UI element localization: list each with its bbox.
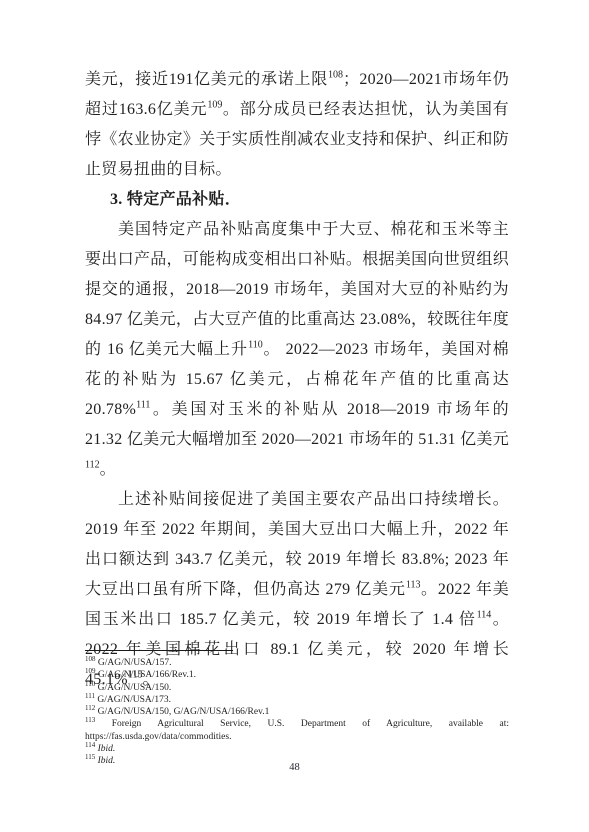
footnote-ref-108: 108 <box>328 70 343 81</box>
footnote-111: 111 G/AG/N/USA/173. <box>85 694 509 706</box>
footnote-ref-113: 113 <box>406 580 421 591</box>
footnote-separator <box>85 650 233 651</box>
footnote-text: G/AG/N/USA/150. <box>98 683 172 693</box>
text-run: 。 <box>100 461 116 478</box>
document-page: 美元，接近191亿美元的承诺上限108；2020—2021市场年仍超过163.6… <box>0 0 589 832</box>
footnote-text: G/AG/N/USA/173. <box>97 695 171 705</box>
footnotes-section: 108 G/AG/N/USA/157. 109 G/AG/N/USA/166/R… <box>85 650 509 768</box>
footnote-113: 113 Foreign Agricultural Service, U.S. D… <box>85 718 509 743</box>
body-text-block: 美元，接近191亿美元的承诺上限108；2020—2021市场年仍超过163.6… <box>85 65 509 695</box>
section-heading: 3. 特定产品补贴． <box>85 185 509 215</box>
footnote-number: 108 <box>85 655 96 663</box>
footnote-text: G/AG/N/USA/166/Rev.1. <box>98 670 196 680</box>
paragraph-subsidy-limits: 美元，接近191亿美元的承诺上限108；2020—2021市场年仍超过163.6… <box>85 65 509 185</box>
footnote-text: G/AG/N/USA/157. <box>98 658 172 668</box>
footnote-text: Ibid. <box>98 744 116 754</box>
footnote-number: 113 <box>85 716 95 724</box>
footnote-number: 114 <box>85 741 95 749</box>
footnote-ref-112: 112 <box>85 460 100 471</box>
footnote-ref-114: 114 <box>477 610 492 621</box>
section-heading-label: 3. 特定产品补贴． <box>110 191 241 208</box>
footnote-ref-109: 109 <box>207 100 222 111</box>
footnote-108: 108 G/AG/N/USA/157. <box>85 657 509 669</box>
footnote-number: 111 <box>85 692 95 700</box>
footnote-112: 112 G/AG/N/USA/150, G/AG/N/USA/166/Rev.1 <box>85 706 509 718</box>
text-run: 美元，接近191亿美元的承诺上限 <box>85 71 328 88</box>
footnote-ref-110: 110 <box>248 340 263 351</box>
page-number: 48 <box>0 762 589 773</box>
text-run: 美国特定产品补贴高度集中于大豆、棉花和玉米等主要出口产品，可能构成变相出口补贴。… <box>85 221 509 358</box>
footnote-number: 110 <box>85 679 95 687</box>
footnote-text: Foreign Agricultural Service, U.S. Depar… <box>85 719 509 741</box>
footnote-number: 109 <box>85 667 96 675</box>
footnote-109: 109 G/AG/N/USA/166/Rev.1. <box>85 669 509 681</box>
footnote-number: 115 <box>85 753 95 761</box>
footnote-ref-111: 111 <box>136 400 150 411</box>
footnote-110: 110 G/AG/N/USA/150. <box>85 682 509 694</box>
footnote-number: 112 <box>85 704 95 712</box>
paragraph-product-subsidies: 美国特定产品补贴高度集中于大豆、棉花和玉米等主要出口产品，可能构成变相出口补贴。… <box>85 215 509 485</box>
footnote-114: 114 Ibid. <box>85 743 509 755</box>
footnote-text: G/AG/N/USA/150, G/AG/N/USA/166/Rev.1 <box>98 707 270 717</box>
